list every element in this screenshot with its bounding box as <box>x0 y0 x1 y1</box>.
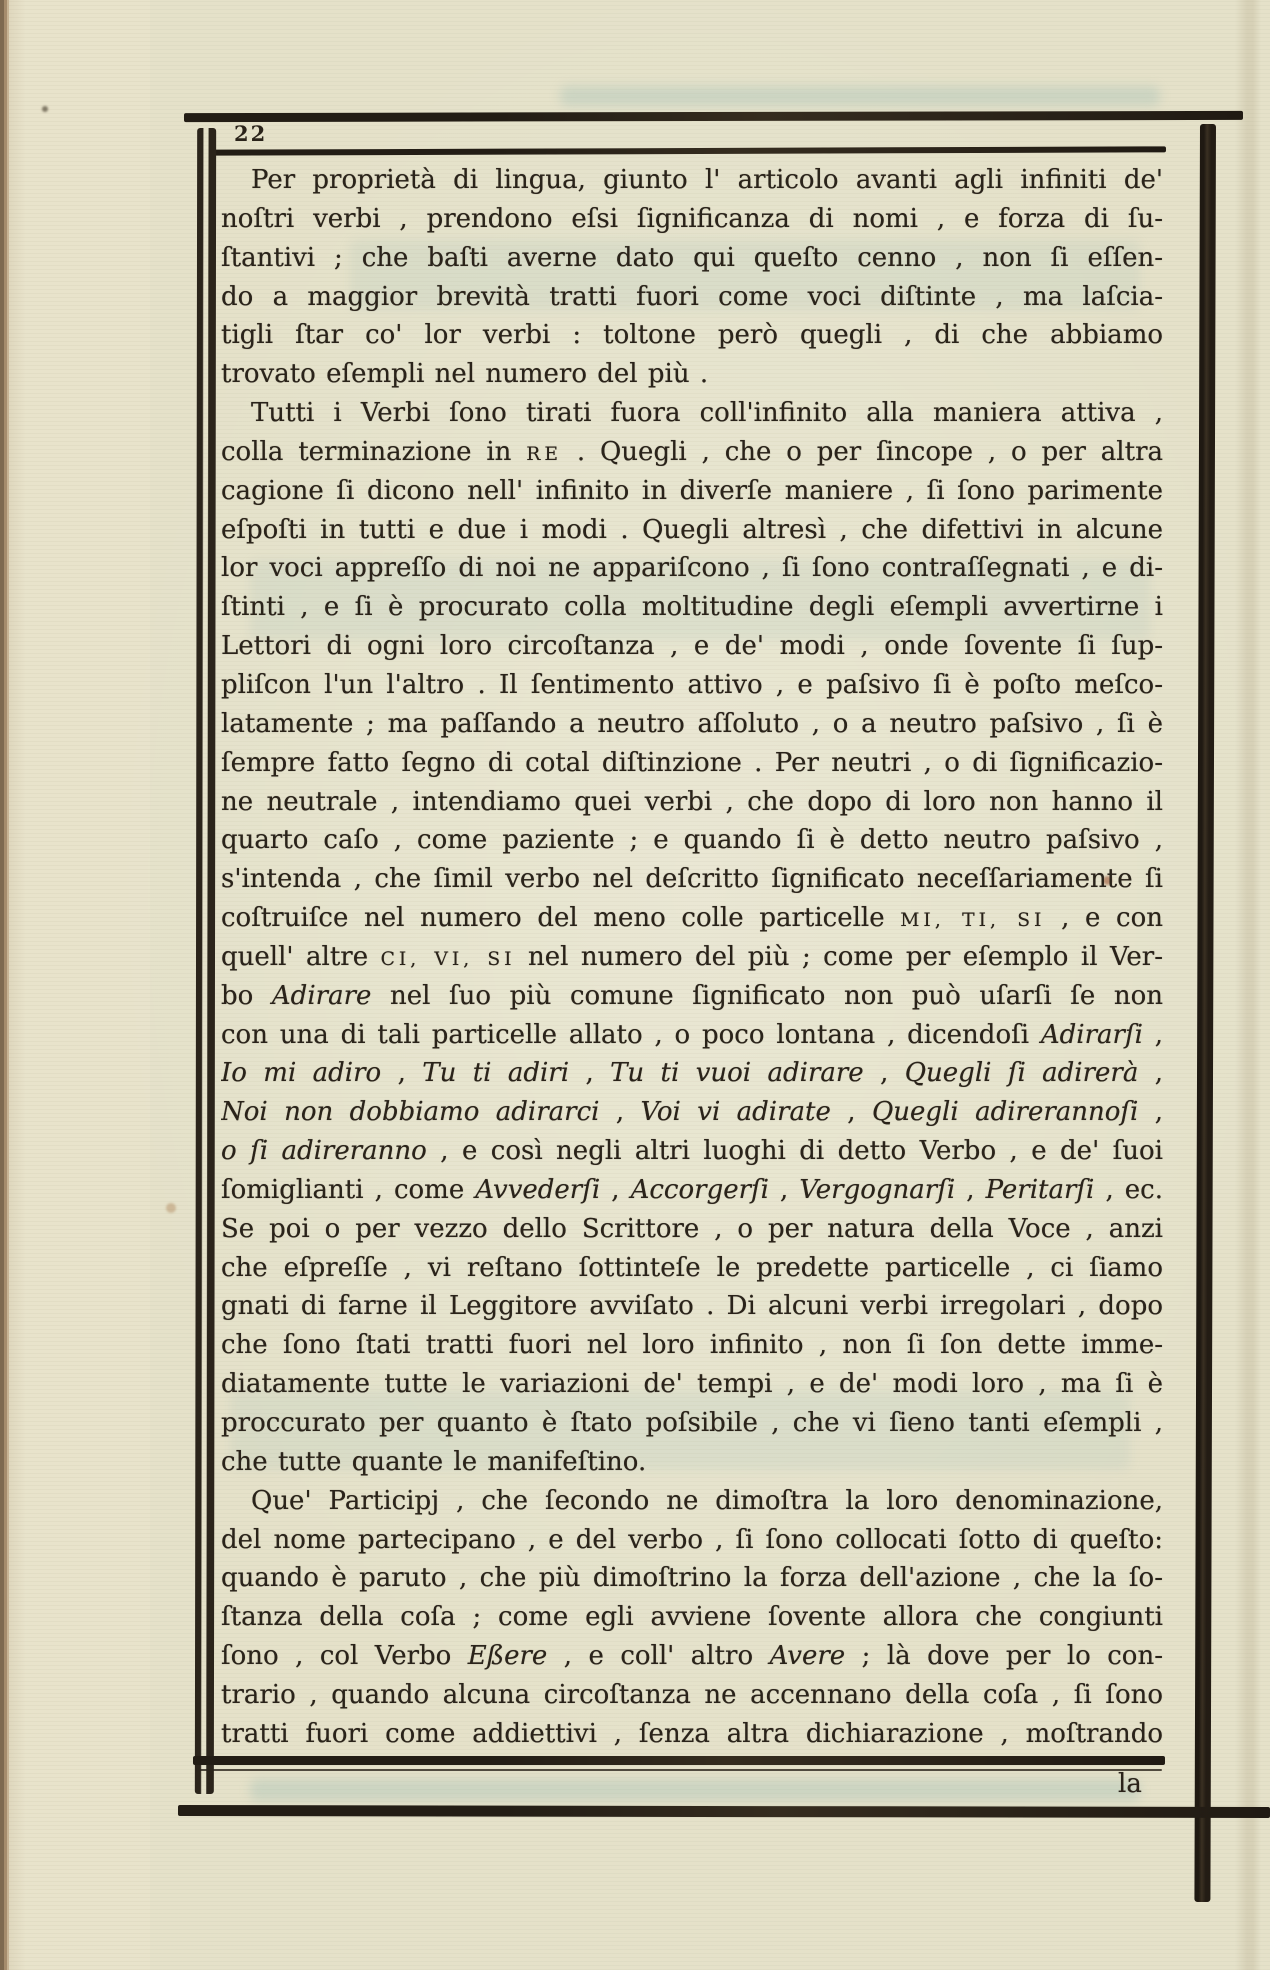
roman-run: bo <box>221 981 272 1011</box>
text-line: ſomiglianti , come Avvederſi , Accorgerſ… <box>221 1171 1163 1210</box>
roman-run: ſempre fatto ſegno di cotal diſtinzione … <box>221 748 1163 778</box>
roman-run: , e con <box>1045 903 1163 933</box>
roman-run: , <box>600 1175 630 1205</box>
text-line: quarto caſo , come paziente ; e quando ſ… <box>221 821 1163 860</box>
roman-run: che eſpreſſe , vi reſtano ſottinteſe le … <box>221 1253 1163 1288</box>
text-line: Tutti i Verbi ſono tirati fuora coll'inf… <box>221 394 1163 433</box>
roman-run: , <box>864 1058 905 1088</box>
roman-run: Se poi o per vezzo dello Scrittore , o p… <box>221 1214 1163 1244</box>
text-line: proccurato per quanto è ſtato poſsibile … <box>221 1404 1163 1443</box>
text-line: che eſpreſſe , vi reſtano ſottinteſe le … <box>221 1249 1163 1288</box>
smallcaps-run: MI, TI, SI <box>900 910 1045 931</box>
roman-run: ſomiglianti , come <box>221 1175 475 1205</box>
binding-edge-strip <box>0 0 9 1970</box>
smallcaps-run: RE <box>526 444 562 465</box>
roman-run: del nome partecipano , e del verbo , ſi … <box>221 1525 1163 1555</box>
text-line: che ſono ſtati tratti fuori nel loro inf… <box>221 1326 1163 1365</box>
roman-run: , <box>1138 1097 1163 1127</box>
roman-run: , <box>769 1175 799 1205</box>
roman-run: ne neutrale , intendiamo quei verbi , ch… <box>221 787 1163 817</box>
text-line: s'intenda , che ſimil verbo nel deſcritt… <box>221 860 1163 899</box>
italic-run: Eßere <box>468 1641 548 1671</box>
top-outer-rule <box>184 111 1243 122</box>
roman-run: trario , quando alcuna circoſtanza ne ac… <box>221 1680 1163 1710</box>
text-line: trovato eſempli nel numero del più . <box>221 355 1163 394</box>
left-frame-rule <box>195 128 216 1794</box>
text-line: del nome partecipano , e del verbo , ſi … <box>221 1521 1163 1560</box>
text-line: coſtruiſce nel numero del meno colle par… <box>221 899 1163 938</box>
text-line: gnati di farne il Leggitore avviſato . D… <box>221 1287 1163 1326</box>
italic-run: Vergognarſi <box>799 1175 955 1205</box>
text-line: colla terminazione in RE . Quegli , che … <box>221 433 1163 472</box>
roman-run: , e coll' altro <box>547 1641 769 1671</box>
text-line: tigli ſtar co' lor verbi : toltone però … <box>221 316 1163 355</box>
roman-run: tigli ſtar co' lor verbi : toltone però … <box>221 320 1163 350</box>
text-line: o ſi adireranno , e così negli altri luo… <box>221 1132 1163 1171</box>
text-block: Per proprietà di lingua, giunto l' artic… <box>221 161 1163 1754</box>
show-through-band <box>560 86 1160 106</box>
text-line: Se poi o per vezzo dello Scrittore , o p… <box>221 1210 1163 1249</box>
roman-run: con una di tali particelle allato , o po… <box>221 1020 1041 1050</box>
roman-run: cagione ſi dicono nell' infinito in dive… <box>221 476 1163 506</box>
roman-run: diatamente tutte le variazioni de' tempi… <box>221 1369 1163 1399</box>
text-line: ſempre fatto ſegno di cotal diſtinzione … <box>221 744 1163 783</box>
roman-run: Per proprietà di lingua, giunto l' artic… <box>251 165 1163 195</box>
roman-run: proccurato per quanto è ſtato poſsibile … <box>221 1408 1163 1438</box>
text-line: pliſcon l'un l'altro . Il ſentimento att… <box>221 666 1163 705</box>
roman-run: ſtanza della coſa ; come egli avviene ſo… <box>221 1602 1163 1632</box>
text-line: noſtri verbi , prendono eſsi ſignificanz… <box>221 200 1163 239</box>
text-line: ſtanza della coſa ; come egli avviene ſo… <box>221 1598 1163 1637</box>
italic-run: Tu ti vuoi adirare <box>610 1058 864 1088</box>
page-number: 22 <box>234 121 267 146</box>
roman-run: , <box>955 1175 985 1205</box>
text-line: do a maggior brevità tratti fuori come v… <box>221 278 1163 317</box>
roman-run: nel numero del più ; come per eſemplo il… <box>516 942 1163 972</box>
roman-run: , <box>569 1058 610 1088</box>
scanned-book-page: 22 Per proprietà di lingua, giunto l' ar… <box>0 0 1270 1970</box>
roman-run: ſtinti , e ſi è procurato colla moltitud… <box>221 592 1163 622</box>
roman-run: che ſono ſtati tratti fuori nel loro inf… <box>221 1330 1163 1360</box>
text-line: ſtinti , e ſi è procurato colla moltitud… <box>221 588 1163 627</box>
roman-run: ; là dove per lo con- <box>845 1641 1163 1671</box>
text-line: ſono , col Verbo Eßere , e coll' altro A… <box>221 1637 1163 1676</box>
roman-run: Que' Participj , che ſecondo ne dimoſtra… <box>251 1486 1163 1516</box>
italic-run: Voi vi adirate <box>641 1097 831 1127</box>
italic-run: Tu ti adiri <box>422 1058 569 1088</box>
italic-run: Quegli adirerannoſi <box>872 1097 1138 1127</box>
italic-run: o ſi adireranno <box>221 1136 427 1166</box>
roman-run: coſtruiſce nel numero del meno colle par… <box>221 903 900 933</box>
footer-rule-echo <box>196 1769 1162 1771</box>
roman-run: , <box>831 1097 872 1127</box>
text-line: eſpoſti in tutti e due i modi . Quegli a… <box>221 511 1163 550</box>
roman-run: , ec. <box>1094 1175 1163 1205</box>
text-line: cagione ſi dicono nell' infinito in dive… <box>221 472 1163 511</box>
footer-rule <box>193 1756 1165 1765</box>
roman-run: tratti fuori come addiettivi , ſenza alt… <box>221 1719 1163 1754</box>
italic-run: Io mi adiro <box>221 1058 381 1088</box>
text-line: lor voci appreſſo di noi ne appariſcono … <box>221 549 1163 588</box>
text-line: latamente ; ma paſſando a neutro aſſolut… <box>221 705 1163 744</box>
text-line: che tutte quante le manifeſtino. <box>221 1443 1163 1482</box>
roman-run: lor voci appreſſo di noi ne appariſcono … <box>221 553 1163 583</box>
header-rule <box>214 146 1166 155</box>
page-bottom-edge-rule <box>178 1805 1270 1818</box>
roman-run: trovato eſempli nel numero del più . <box>221 359 708 389</box>
roman-run: che tutte quante le manifeſtino. <box>221 1447 646 1477</box>
roman-run: Tutti i Verbi ſono tirati fuora coll'inf… <box>251 398 1163 428</box>
italic-run: Accorgerſi <box>631 1175 769 1205</box>
text-line: tratti fuori come addiettivi , ſenza alt… <box>221 1715 1163 1754</box>
text-line: Lettori di ogni loro circoſtanza , e de'… <box>221 627 1163 666</box>
italic-run: Adirare <box>272 981 371 1011</box>
roman-run: ſono , col Verbo <box>221 1641 468 1671</box>
text-line: bo Adirare nel ſuo più comune ſignificat… <box>221 977 1163 1016</box>
catchword: la <box>1118 1769 1142 1799</box>
roman-run: latamente ; ma paſſando a neutro aſſolut… <box>221 709 1163 739</box>
roman-run: , <box>1138 1058 1163 1088</box>
italic-run: Adirarſi <box>1041 1020 1143 1050</box>
roman-run: Lettori di ogni loro circoſtanza , e de'… <box>221 631 1163 661</box>
text-line: Io mi adiro , Tu ti adiri , Tu ti vuoi a… <box>221 1054 1163 1093</box>
fore-edge-shade <box>1217 0 1270 1970</box>
italic-run: Avere <box>770 1641 846 1671</box>
italic-run: Noi non dobbiamo adirarci <box>221 1097 599 1127</box>
roman-run: quarto caſo , come paziente ; e quando ſ… <box>221 825 1163 855</box>
roman-run: quell' altre <box>221 942 381 972</box>
roman-run: ſtantivi ; che baſti averne dato qui que… <box>221 243 1163 273</box>
text-line: ſtantivi ; che baſti averne dato qui que… <box>221 239 1163 278</box>
roman-run: gnati di farne il Leggitore avviſato . D… <box>221 1291 1163 1321</box>
text-line: Noi non dobbiamo adirarci , Voi vi adira… <box>221 1093 1163 1132</box>
roman-run: eſpoſti in tutti e due i modi . Quegli a… <box>221 515 1163 545</box>
roman-run: , e così negli altri luoghi di detto Ver… <box>427 1136 1163 1166</box>
roman-run: do a maggior brevità tratti fuori come v… <box>221 282 1163 312</box>
text-line: trario , quando alcuna circoſtanza ne ac… <box>221 1676 1163 1715</box>
roman-run: , <box>599 1097 640 1127</box>
italic-run: Avvederſi <box>475 1175 600 1205</box>
roman-run: quando è paruto , che più dimoſtrino la … <box>221 1563 1163 1593</box>
ink-speck <box>42 106 48 112</box>
text-line: con una di tali particelle allato , o po… <box>221 1016 1163 1055</box>
roman-run: , <box>1143 1020 1163 1050</box>
text-line: quando è paruto , che più dimoſtrino la … <box>221 1559 1163 1598</box>
smallcaps-run: CI, VI, SI <box>381 949 516 970</box>
roman-run: . Quegli , che o per ſincope , o per alt… <box>562 437 1163 467</box>
roman-run: pliſcon l'un l'altro . Il ſentimento att… <box>221 670 1163 700</box>
roman-run: , <box>381 1058 422 1088</box>
text-line: Que' Participj , che ſecondo ne dimoſtra… <box>221 1482 1163 1521</box>
foxing-spot <box>166 1203 176 1213</box>
right-frame-rule <box>1194 124 1216 1902</box>
show-through-band <box>250 1779 1140 1801</box>
roman-run: colla terminazione in <box>221 437 526 467</box>
text-line: diatamente tutte le variazioni de' tempi… <box>221 1365 1163 1404</box>
text-line: Per proprietà di lingua, giunto l' artic… <box>221 161 1163 200</box>
roman-run: nel ſuo più comune ſignificato non può u… <box>371 981 1163 1011</box>
text-line: ne neutrale , intendiamo quei verbi , ch… <box>221 783 1163 822</box>
italic-run: Quegli ſi adirerà <box>905 1058 1139 1088</box>
roman-run: s'intenda , che ſimil verbo nel deſcritt… <box>221 864 1163 894</box>
roman-run: noſtri verbi , prendono eſsi ſignificanz… <box>221 204 1163 234</box>
text-line: quell' altre CI, VI, SI nel numero del p… <box>221 938 1163 977</box>
italic-run: Peritarſi <box>986 1175 1095 1205</box>
